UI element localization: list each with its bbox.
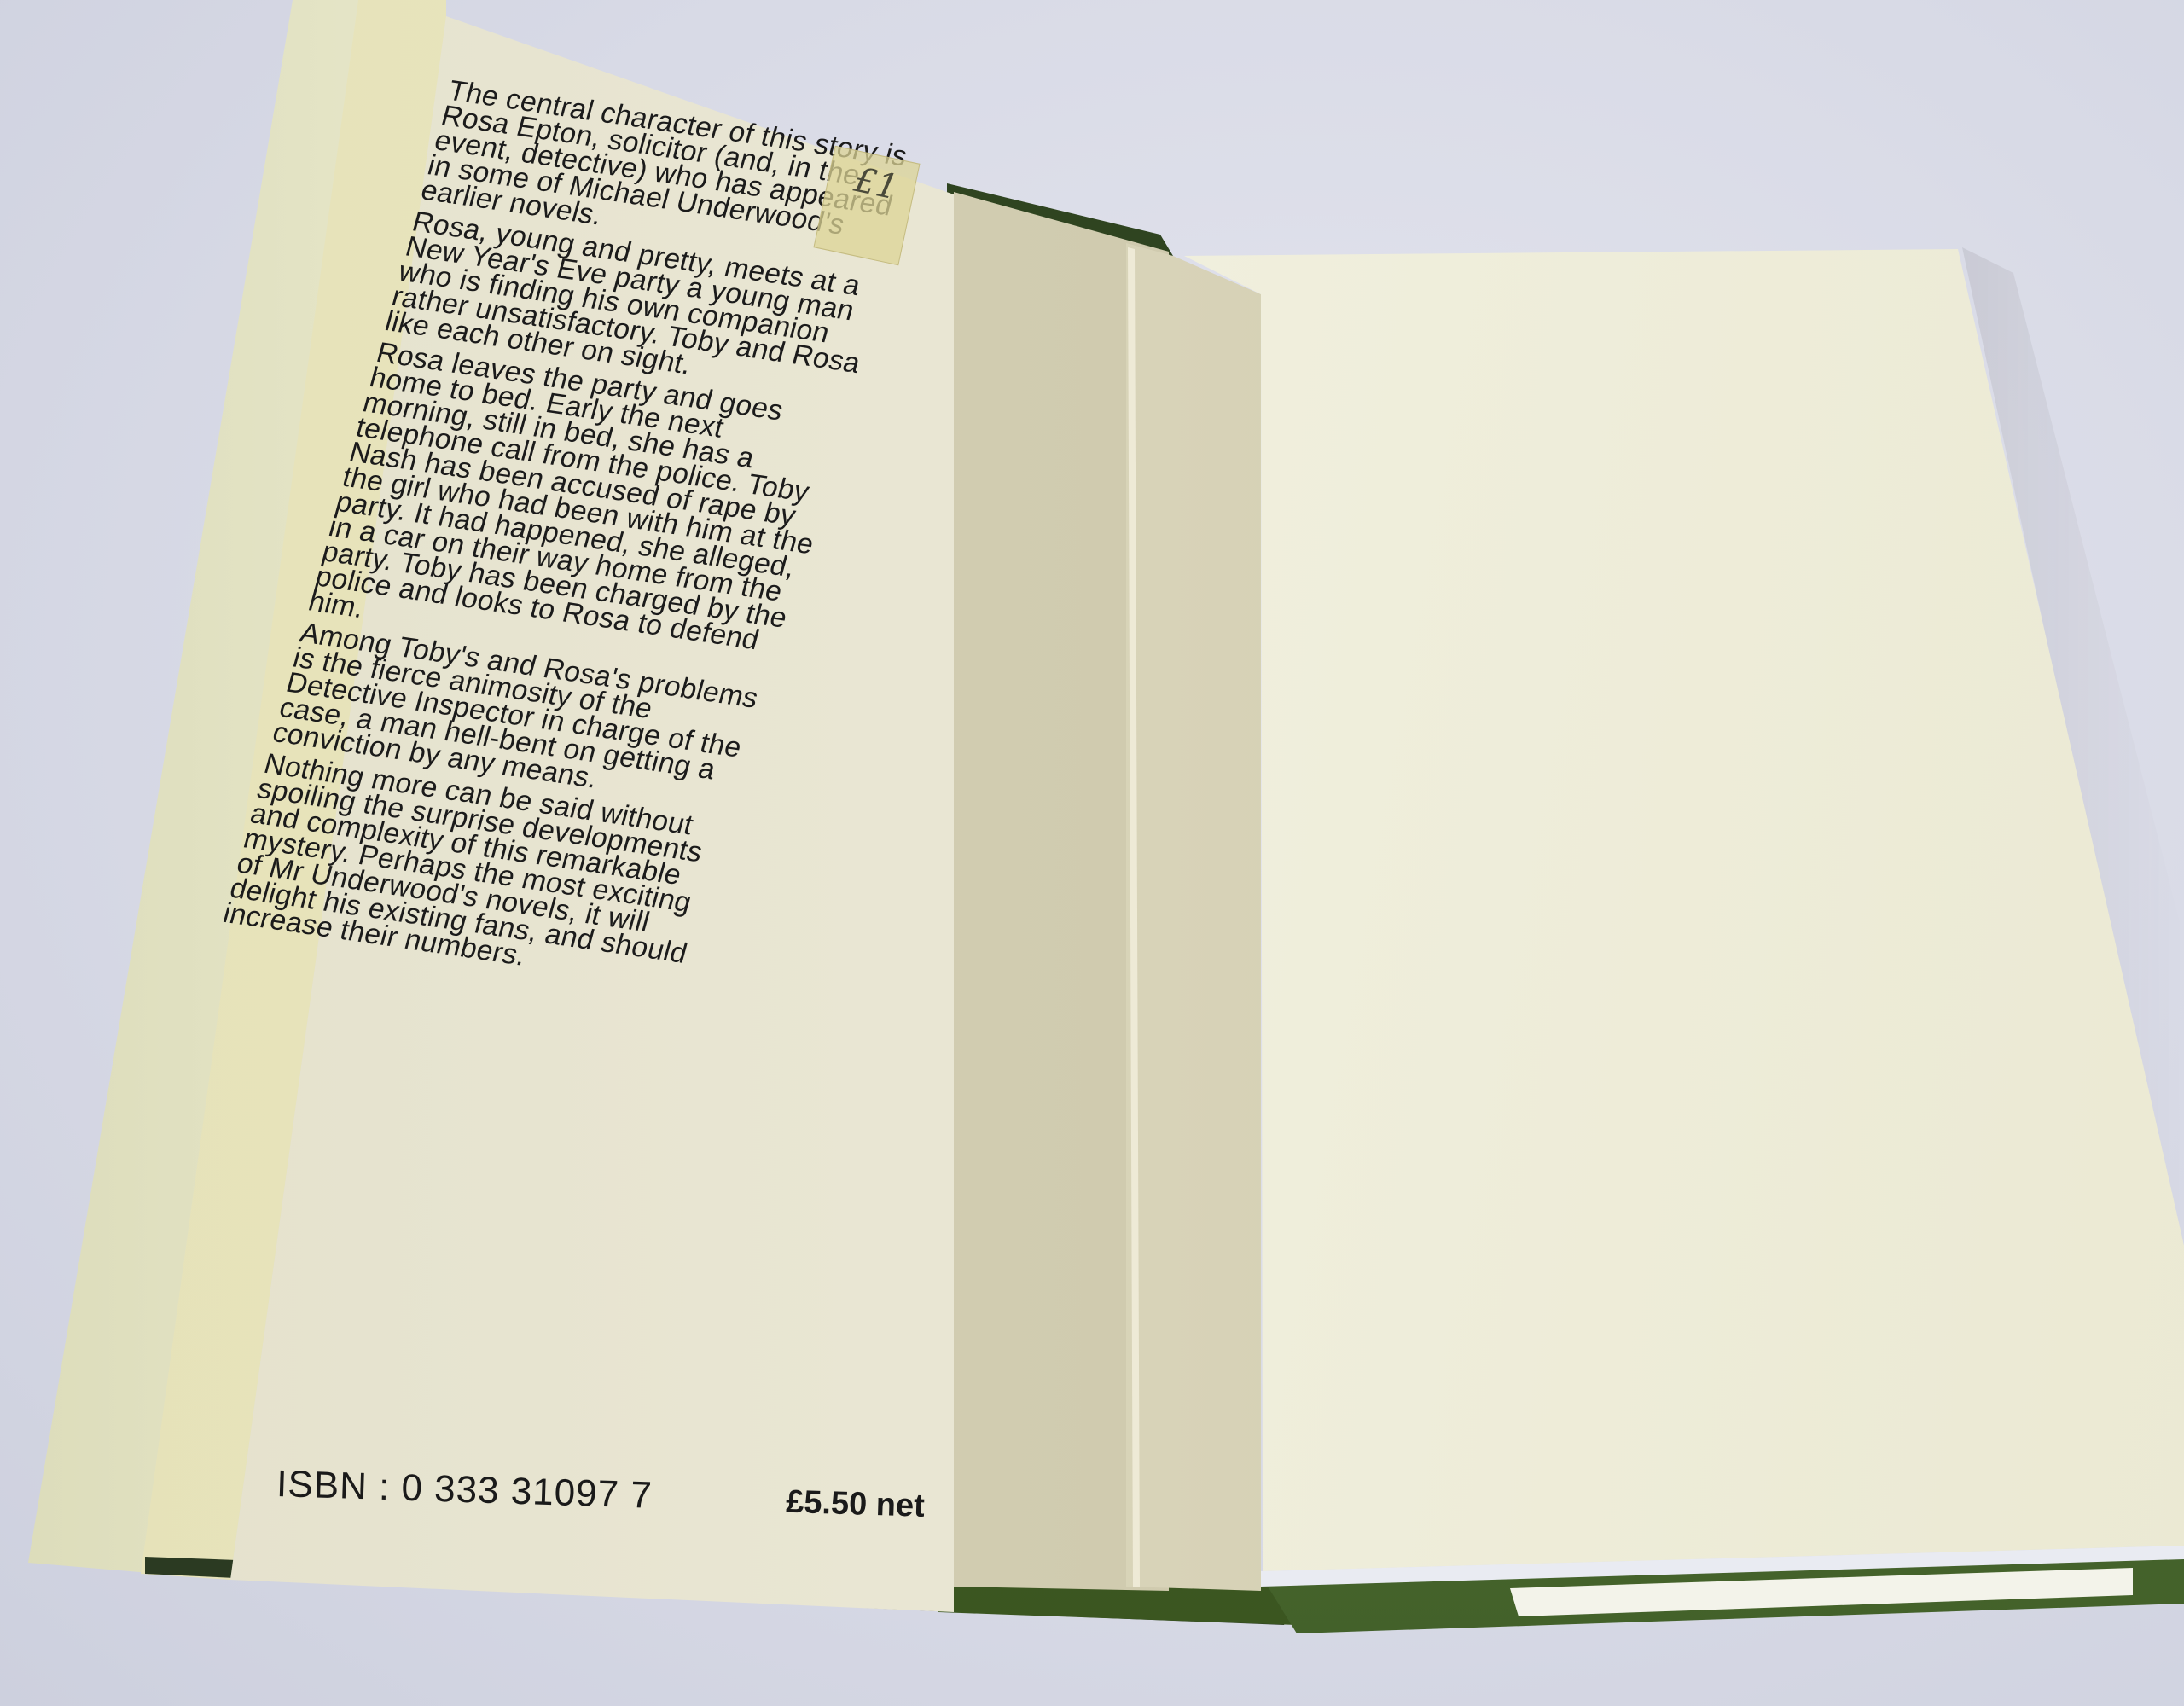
price: £5.50 net — [786, 1484, 926, 1525]
handwritten-price: £1 — [851, 160, 901, 208]
